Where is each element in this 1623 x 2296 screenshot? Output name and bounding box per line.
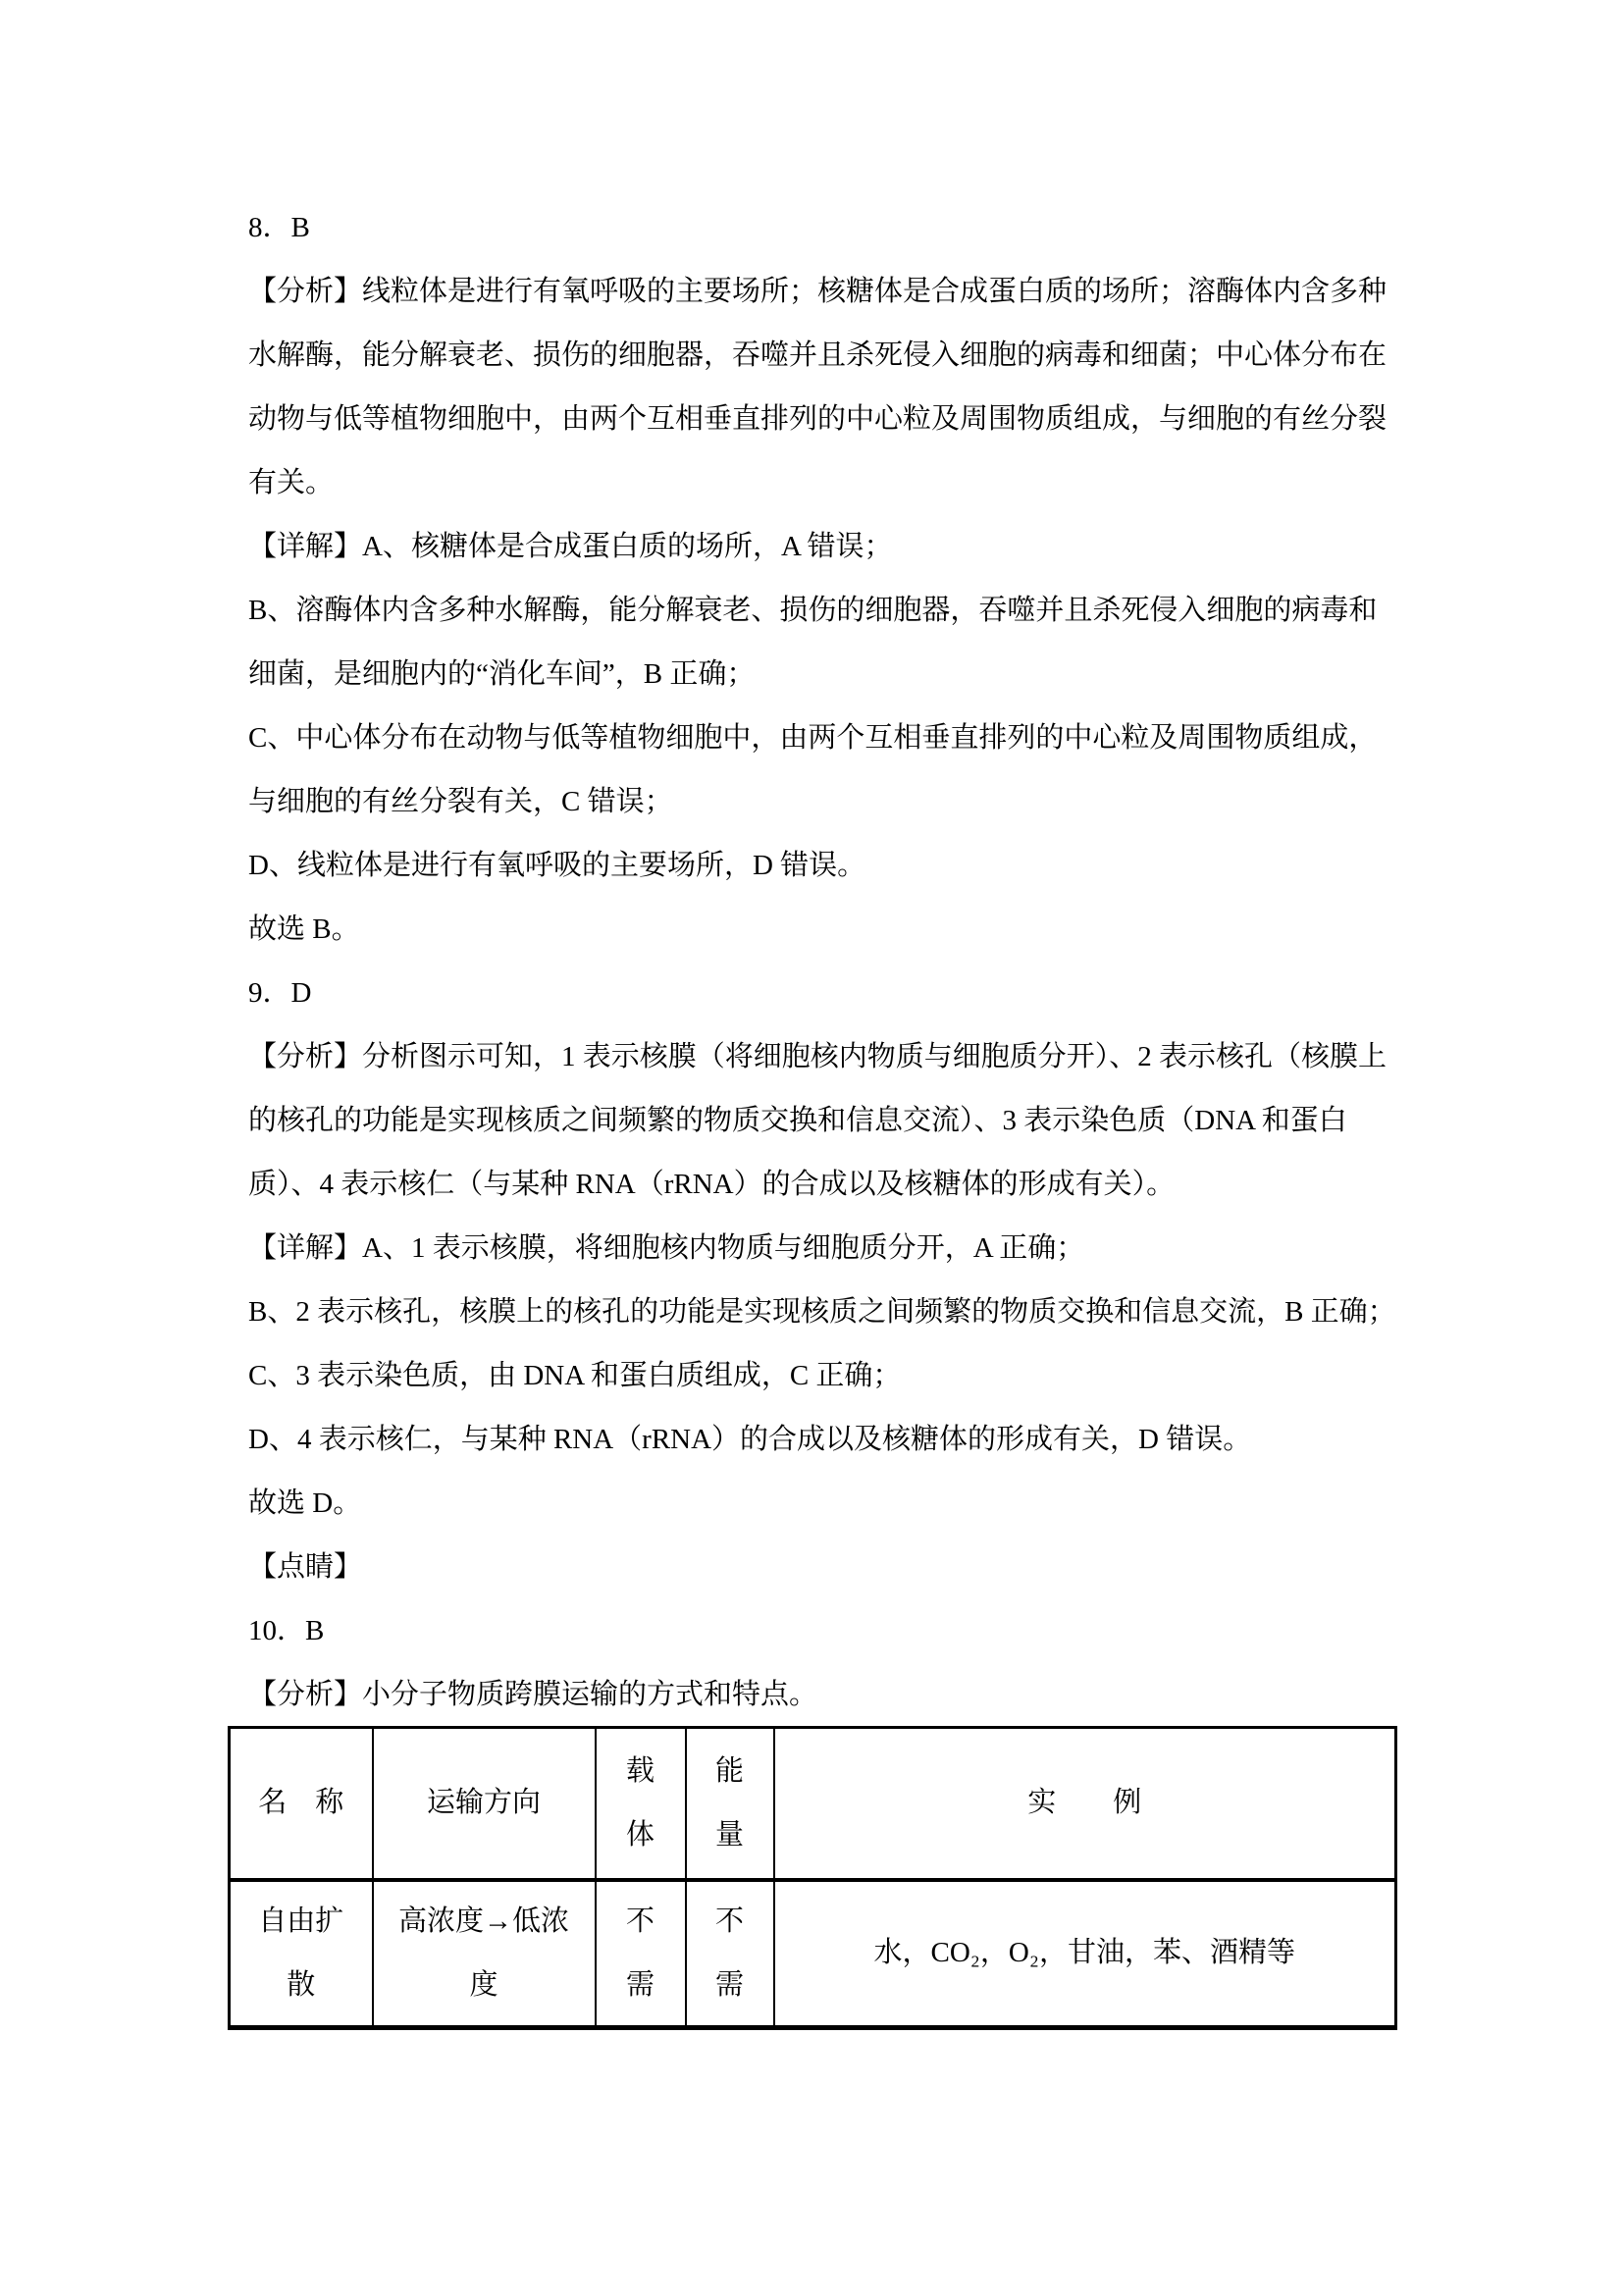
cell-line: 能 xyxy=(687,1740,773,1803)
cell-line: 散 xyxy=(231,1954,372,2017)
text-line: 【详解】A、1 表示核膜，将细胞核内物质与细胞质分开，A 正确； xyxy=(248,1217,1401,1280)
text-line: C、3 表示染色质，由 DNA 和蛋白质组成，C 正确； xyxy=(248,1344,1401,1408)
table-cell: 自由扩散 xyxy=(230,1880,373,2028)
cell-line: 度 xyxy=(374,1954,595,2017)
text-line: 【分析】线粒体是进行有氧呼吸的主要场所；核糖体是合成蛋白质的场所；溶酶体内含多种 xyxy=(248,260,1401,324)
text-line: D、线粒体是进行有氧呼吸的主要场所，D 错误。 xyxy=(248,834,1401,898)
text-line: D、4 表示核仁，与某种 RNA（rRNA）的合成以及核糖体的形成有关，D 错误… xyxy=(248,1408,1401,1472)
text-line: 故选 B。 xyxy=(248,898,1401,962)
text-line: 【点睛】 xyxy=(248,1536,1401,1599)
table-row: 自由扩散高浓度→低浓度不需不需水，CO₂，O₂，甘油，苯、酒精等 xyxy=(230,1880,1396,2028)
cell-line: 需 xyxy=(687,1954,773,2017)
table-cell: 高浓度→低浓度 xyxy=(373,1880,596,2028)
text-line: 与细胞的有丝分裂有关，C 错误； xyxy=(248,770,1401,834)
transport-table-header: 名 称运输方向载体能量实 例 xyxy=(230,1728,1396,1880)
text-line: 的核孔的功能是实现核质之间频繁的物质交换和信息交流）、3 表示染色质（DNA 和… xyxy=(248,1089,1401,1153)
text-line: 细菌，是细胞内的“消化车间”，B 正确； xyxy=(248,643,1401,706)
header-cell: 载体 xyxy=(596,1728,686,1880)
text-line: 【分析】分析图示可知，1 表示核膜（将细胞核内物质与细胞质分开）、2 表示核孔（… xyxy=(248,1025,1401,1089)
cell-line: 载 xyxy=(597,1740,685,1803)
text-line: 有关。 xyxy=(248,451,1401,515)
cell-line: 实 例 xyxy=(775,1771,1395,1835)
cell-line: 不 xyxy=(597,1890,685,1954)
text-line: 8．B xyxy=(248,196,1401,260)
text-line: 9．D xyxy=(248,962,1401,1025)
answers-text: 8．B【分析】线粒体是进行有氧呼吸的主要场所；核糖体是合成蛋白质的场所；溶酶体内… xyxy=(248,196,1401,1727)
text-line: 水解酶，能分解衰老、损伤的细胞器，吞噬并且杀死侵入细胞的病毒和细菌；中心体分布在 xyxy=(248,324,1401,388)
text-line: 动物与低等植物细胞中，由两个互相垂直排列的中心粒及周围物质组成，与细胞的有丝分裂 xyxy=(248,388,1401,451)
cell-line: 量 xyxy=(687,1803,773,1867)
header-cell: 运输方向 xyxy=(373,1728,596,1880)
text-line: B、溶酶体内含多种水解酶，能分解衰老、损伤的细胞器，吞噬并且杀死侵入细胞的病毒和 xyxy=(248,579,1401,643)
cell-line: 名 称 xyxy=(231,1771,372,1835)
header-cell: 能量 xyxy=(686,1728,774,1880)
cell-line: 高浓度→低浓 xyxy=(374,1890,595,1954)
table-cell: 不需 xyxy=(596,1880,686,2028)
table-cell: 不需 xyxy=(686,1880,774,2028)
text-line: C、中心体分布在动物与低等植物细胞中，由两个互相垂直排列的中心粒及周围物质组成， xyxy=(248,706,1401,770)
cell-line: 需 xyxy=(597,1954,685,2017)
text-line: 【详解】A、核糖体是合成蛋白质的场所，A 错误； xyxy=(248,515,1401,579)
text-line: 故选 D。 xyxy=(248,1472,1401,1536)
text-line: B、2 表示核孔，核膜上的核孔的功能是实现核质之间频繁的物质交换和信息交流，B … xyxy=(248,1280,1401,1344)
document-page: 8．B【分析】线粒体是进行有氧呼吸的主要场所；核糖体是合成蛋白质的场所；溶酶体内… xyxy=(0,0,1623,2296)
cell-line: 水，CO₂，O₂，甘油，苯、酒精等 xyxy=(775,1921,1395,1985)
transport-table: 名 称运输方向载体能量实 例 自由扩散高浓度→低浓度不需不需水，CO₂，O₂，甘… xyxy=(228,1726,1397,2030)
cell-line: 体 xyxy=(597,1803,685,1867)
cell-line: 运输方向 xyxy=(374,1771,595,1835)
header-cell: 名 称 xyxy=(230,1728,373,1880)
header-cell: 实 例 xyxy=(774,1728,1396,1880)
text-line: 10．B xyxy=(248,1599,1401,1663)
transport-table-body: 自由扩散高浓度→低浓度不需不需水，CO₂，O₂，甘油，苯、酒精等 xyxy=(230,1880,1396,2028)
text-line: 质）、4 表示核仁（与某种 RNA（rRNA）的合成以及核糖体的形成有关）。 xyxy=(248,1153,1401,1217)
cell-line: 不 xyxy=(687,1890,773,1954)
table-cell: 水，CO₂，O₂，甘油，苯、酒精等 xyxy=(774,1880,1396,2028)
cell-line: 自由扩 xyxy=(231,1890,372,1954)
text-line: 【分析】小分子物质跨膜运输的方式和特点。 xyxy=(248,1663,1401,1727)
